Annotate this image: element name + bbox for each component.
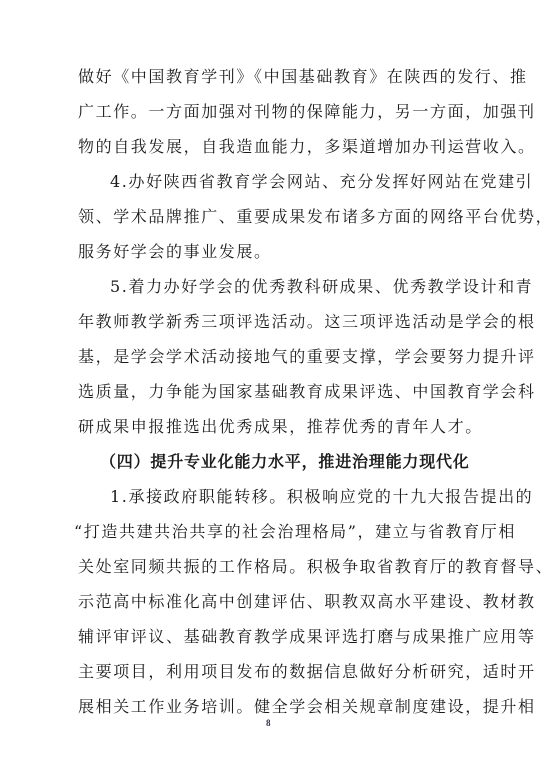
body-text-line: 辅评审评议、基础教育教学成果评选打磨与成果推广应用等 (78, 627, 473, 647)
body-text-line: 展相关工作业务培训。健全学会相关规章制度建设，提升相 (78, 697, 473, 717)
body-text-line: 示范高中标准化高中创建评估、职教双高水平建设、教材教 (78, 592, 473, 612)
list-item-5-line: 5.着力办好学会的优秀教科研成果、优秀教学设计和青 (110, 277, 505, 297)
body-text-line: 主要项目，利用项目发布的数据信息做好分析研究，适时开 (78, 662, 473, 682)
body-text-line: 领、学术品牌推广、重要成果发布诸多方面的网络平台优势， (78, 207, 473, 227)
body-text-line: 年教师教学新秀三项评选活动。这三项评选活动是学会的根 (78, 312, 473, 332)
section-heading: （四）提升专业化能力水平，推进治理能力现代化 (100, 452, 495, 472)
body-text-line: 研成果申报推选出优秀成果，推荐优秀的青年人才。 (78, 417, 473, 437)
body-text-line: 基，是学会学术活动接地气的重要支撑，学会要努力提升评 (78, 347, 473, 367)
body-text-line: 物的自我发展，自我造血能力，多渠道增加办刊运营收入。 (78, 137, 473, 157)
list-item-4-line: 4.办好陕西省教育学会网站、充分发挥好网站在党建引 (110, 172, 505, 192)
page-number: 8 (266, 718, 271, 728)
body-text-line: 做好《中国教育学刊》《中国基础教育》在陕西的发行、推 (78, 67, 473, 87)
body-text-line: 关处室同频共振的工作格局。积极争取省教育厅的教育督导、 (78, 557, 473, 577)
body-text-line: “打造共建共治共享的社会治理格局”，建立与省教育厅相 (74, 522, 469, 542)
document-page: 做好《中国教育学刊》《中国基础教育》在陕西的发行、推 广工作。一方面加强对刊物的… (0, 0, 545, 761)
body-text-line: 广工作。一方面加强对刊物的保障能力，另一方面，加强刊 (78, 102, 473, 122)
list-item-1-line: 1.承接政府职能转移。积极响应党的十九大报告提出的 (110, 487, 505, 507)
body-text-line: 服务好学会的事业发展。 (78, 242, 473, 262)
body-text-line: 选质量，力争能为国家基础教育成果评选、中国教育学会科 (78, 382, 473, 402)
